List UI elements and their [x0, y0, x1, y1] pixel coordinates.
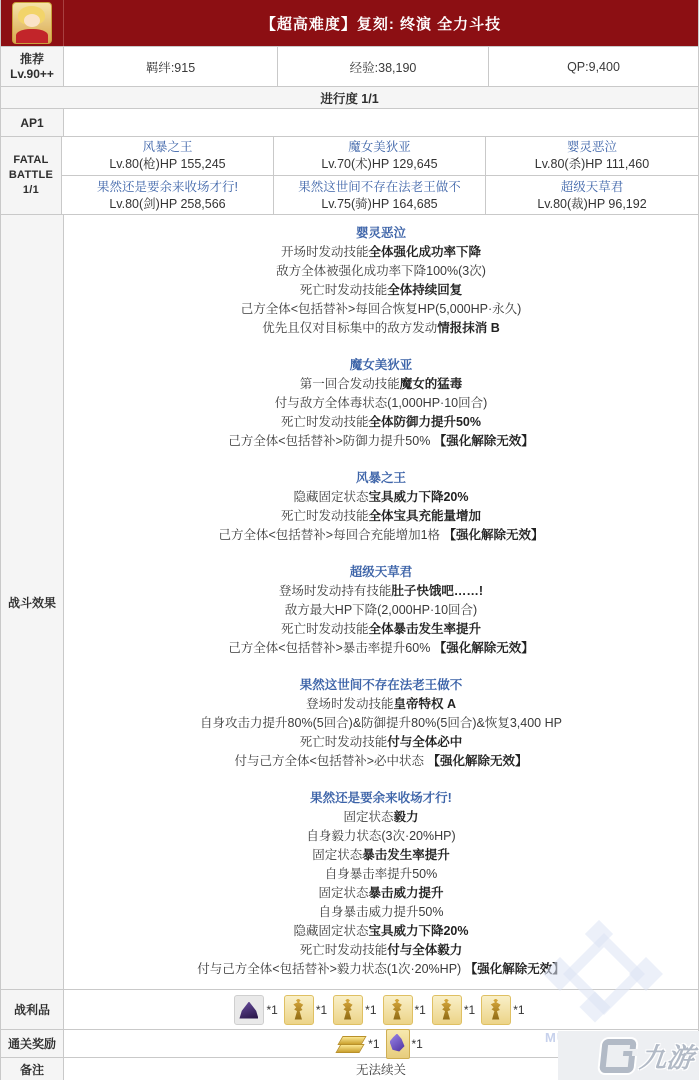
gold-statue-icon[interactable]: [481, 995, 511, 1025]
rewards-label: 通关奖励: [1, 1030, 64, 1057]
enemy-level-hp: Lv.70(术)HP 129,645: [321, 156, 437, 173]
effect-skill-name: 【强化解除无效】: [434, 434, 534, 448]
effect-text: 死亡时发动技能: [300, 283, 388, 297]
effect-text: 优先且仅对目标集中的敌方发动: [262, 321, 437, 335]
quest-title: 【超高难度】复刻: 终演 全力斗技: [64, 0, 698, 46]
effect-line: 固定状态毅力: [64, 808, 698, 827]
enemy-level-hp: Lv.80(裁)HP 96,192: [537, 196, 646, 213]
effect-skill-name: 【强化解除无效】: [465, 962, 565, 976]
effect-section: 魔女美狄亚第一回合发动技能魔女的猛毒付与敌方全体毒状态(1,000HP·10回合…: [64, 356, 698, 451]
effect-text: 死亡时发动技能: [300, 943, 388, 957]
effect-skill-name: 全体持续回复: [387, 283, 462, 297]
item-count: *1: [415, 1003, 426, 1017]
effect-line: 死亡时发动技能付与全体必中: [64, 733, 698, 752]
recommend-level-cell: 推荐 Lv.90++: [1, 47, 64, 86]
effect-line: 己方全体<包括替补>暴击率提升60% 【强化解除无效】: [64, 639, 698, 658]
effect-skill-name: 全体暴击发生率提升: [369, 622, 482, 636]
enemy-name-link[interactable]: 婴灵恶泣: [567, 139, 617, 156]
effect-line: 己方全体<包括替补>每回合充能增加1格 【强化解除无效】: [64, 526, 698, 545]
ap-label: AP1: [1, 109, 64, 136]
effect-skill-name: 宝具威力下降20%: [368, 924, 468, 938]
effect-skill-name: 暴击发生率提升: [362, 848, 450, 862]
loot-item: *1: [234, 995, 280, 1025]
effect-section: 婴灵恶泣开场时发动技能全体强化成功率下降敌方全体被强化成功率下降100%(3次)…: [64, 224, 698, 338]
effect-skill-name: 【强化解除无效】: [444, 528, 544, 542]
item-count: *1: [464, 1003, 475, 1017]
enemy-cell: 果然还是要余来收场才行!Lv.80(剑)HP 258,566: [62, 176, 274, 215]
effect-section: 果然这世间不存在法老王做不登场时发动技能皇帝特权 A自身攻击力提升80%(5回合…: [64, 676, 698, 771]
progress-label: 进行度 1/1: [1, 87, 698, 108]
effect-text: 隐藏固定状态: [293, 490, 368, 504]
item-count: *1: [316, 1003, 327, 1017]
effect-line: 付与己方全体<包括替补>毅力状态(1次·20%HP) 【强化解除无效】: [64, 960, 698, 979]
effect-text: 开场时发动技能: [281, 245, 369, 259]
effect-text: 己方全体<包括替补>防御力提升50%: [228, 434, 434, 448]
effect-line: 隐藏固定状态宝具威力下降20%: [64, 922, 698, 941]
portrait-face: [24, 14, 40, 27]
effect-section: 果然还是要余来收场才行!固定状态毅力自身毅力状态(3次·20%HP)固定状态暴击…: [64, 789, 698, 979]
loot-item: *1: [432, 995, 478, 1025]
portrait-dress: [16, 29, 48, 43]
gold-statue-icon[interactable]: [284, 995, 314, 1025]
effect-line: 隐藏固定状态宝具威力下降20%: [64, 488, 698, 507]
enemy-level-hp: Lv.80(剑)HP 258,566: [109, 196, 225, 213]
effect-skill-name: 情报抹消 B: [437, 321, 500, 335]
effect-text: 死亡时发动技能: [300, 735, 388, 749]
ap-row: AP1: [1, 109, 698, 137]
exp-value: 经验:38,190: [278, 47, 489, 86]
fatal-battle-label-line: BATTLE: [9, 168, 53, 183]
effect-text: 固定状态: [343, 810, 393, 824]
effect-text: 死亡时发动技能: [281, 509, 369, 523]
effect-skill-name: 肚子快饿吧……!: [391, 584, 483, 598]
gold-statue-icon[interactable]: [333, 995, 363, 1025]
enemy-cell: 魔女美狄亚Lv.70(术)HP 129,645: [274, 137, 486, 176]
effect-section-title-link[interactable]: 婴灵恶泣: [64, 224, 698, 243]
effect-line: 自身暴击率提升50%: [64, 865, 698, 884]
recommend-level: Lv.90++: [10, 67, 54, 82]
effect-line: 死亡时发动技能全体宝具充能量增加: [64, 507, 698, 526]
effect-line: 开场时发动技能全体强化成功率下降: [64, 243, 698, 262]
effect-section: 风暴之王隐藏固定状态宝具威力下降20%死亡时发动技能全体宝具充能量增加己方全体<…: [64, 469, 698, 545]
item-count: *1: [365, 1003, 376, 1017]
effect-skill-name: 【强化解除无效】: [434, 641, 534, 655]
effect-section: 超级天草君登场时发动持有技能肚子快饿吧……!敌方最大HP下降(2,000HP·1…: [64, 563, 698, 658]
loot-item: *1: [481, 995, 527, 1025]
qp-value: QP:9,400: [489, 47, 698, 86]
effect-skill-name: 付与全体必中: [387, 735, 462, 749]
summary-row: 推荐 Lv.90++ 羁绊:915 经验:38,190 QP:9,400: [1, 47, 698, 87]
servant-portrait-icon[interactable]: [12, 2, 52, 44]
enemy-level-hp: Lv.80(枪)HP 155,245: [109, 156, 225, 173]
effect-skill-name: 【强化解除无效】: [428, 754, 528, 768]
effect-line: 优先且仅对目标集中的敌方发动情报抹消 B: [64, 319, 698, 338]
effect-line: 登场时发动技能皇帝特权 A: [64, 695, 698, 714]
effect-skill-name: 宝具威力下降20%: [368, 490, 468, 504]
effects-label: 战斗效果: [1, 215, 64, 989]
effect-line: 己方全体<包括替补>防御力提升50% 【强化解除无效】: [64, 432, 698, 451]
effect-text: 第一回合发动技能: [300, 377, 400, 391]
purple-gem-icon[interactable]: [234, 995, 264, 1025]
effect-line: 自身毅力状态(3次·20%HP): [64, 827, 698, 846]
enemy-cell: 超级天草君Lv.80(裁)HP 96,192: [486, 176, 698, 215]
effect-line: 登场时发动持有技能肚子快饿吧……!: [64, 582, 698, 601]
effect-text: 敌方最大HP下降(2,000HP·10回合): [285, 603, 477, 617]
effect-text: 死亡时发动技能: [281, 622, 369, 636]
effect-line: 死亡时发动技能全体防御力提升50%: [64, 413, 698, 432]
loot-item: *1: [336, 1034, 382, 1054]
enemy-cell: 果然这世间不存在法老王做不Lv.75(骑)HP 164,685: [274, 176, 486, 215]
effect-text: 死亡时发动技能: [281, 415, 369, 429]
loot-item: *1: [386, 1029, 426, 1059]
effect-text: 己方全体<包括替补>暴击率提升60%: [228, 641, 434, 655]
item-count: *1: [513, 1003, 524, 1017]
fatal-battle-label-line: 1/1: [23, 183, 39, 198]
enemy-name-link[interactable]: 果然还是要余来收场才行!: [97, 179, 238, 196]
notes-label: 备注: [1, 1058, 64, 1080]
effect-section-title-link[interactable]: 超级天草君: [64, 563, 698, 582]
battle-row: FATALBATTLE1/1 风暴之王Lv.80(枪)HP 155,245魔女美…: [1, 137, 698, 215]
gold-statue-icon[interactable]: [383, 995, 413, 1025]
loot-item: *1: [284, 995, 330, 1025]
effect-text: 付与敌方全体毒状态(1,000HP·10回合): [275, 396, 488, 410]
drops-row: 战利品 *1*1*1*1*1*1: [1, 990, 698, 1030]
item-count: *1: [266, 1003, 277, 1017]
ap-empty-cell: [64, 109, 698, 136]
effect-skill-name: 全体宝具充能量增加: [369, 509, 482, 523]
enemy-name-link[interactable]: 超级天草君: [561, 179, 624, 196]
effect-skill-name: 全体强化成功率下降: [369, 245, 482, 259]
effect-line: 固定状态暴击发生率提升: [64, 846, 698, 865]
effect-line: 死亡时发动技能全体暴击发生率提升: [64, 620, 698, 639]
enemy-cell: 婴灵恶泣Lv.80(杀)HP 111,460: [486, 137, 698, 176]
effect-line: 付与敌方全体毒状态(1,000HP·10回合): [64, 394, 698, 413]
drops-label: 战利品: [1, 990, 64, 1029]
enemy-grid: 风暴之王Lv.80(枪)HP 155,245魔女美狄亚Lv.70(术)HP 12…: [62, 137, 698, 214]
effects-body: 婴灵恶泣开场时发动技能全体强化成功率下降敌方全体被强化成功率下降100%(3次)…: [64, 215, 698, 989]
effect-skill-name: 付与全体毅力: [387, 943, 462, 957]
effects-row: 战斗效果 婴灵恶泣开场时发动技能全体强化成功率下降敌方全体被强化成功率下降100…: [1, 215, 698, 990]
effect-line: 自身攻击力提升80%(5回合)&防御提升80%(5回合)&恢复3,400 HP: [64, 714, 698, 733]
effect-line: 第一回合发动技能魔女的猛毒: [64, 375, 698, 394]
effect-text: 固定状态: [318, 886, 368, 900]
site-logo-text: 九游: [638, 1036, 696, 1075]
effect-skill-name: 全体防御力提升50%: [368, 415, 481, 429]
effect-section-title-link[interactable]: 风暴之王: [64, 469, 698, 488]
effect-text: 己方全体<包括替补>每回合恢复HP(5,000HP·永久): [241, 302, 522, 316]
effect-text: 敌方全体被强化成功率下降100%(3次): [276, 264, 486, 278]
gold-statue-icon[interactable]: [432, 995, 462, 1025]
bond-value: 羁绊:915: [64, 47, 278, 86]
effect-line: 敌方最大HP下降(2,000HP·10回合): [64, 601, 698, 620]
quest-header-row: 【超高难度】复刻: 终演 全力斗技: [1, 0, 698, 47]
quest-info-page: 【超高难度】复刻: 终演 全力斗技 推荐 Lv.90++ 羁绊:915 经验:3…: [0, 0, 699, 1080]
fatal-battle-label-line: FATAL: [13, 153, 48, 168]
effect-line: 敌方全体被强化成功率下降100%(3次): [64, 262, 698, 281]
item-count: *1: [412, 1037, 423, 1051]
gold-bars-icon[interactable]: [336, 1034, 366, 1054]
effect-skill-name: 魔女的猛毒: [400, 377, 463, 391]
effect-text: 自身暴击威力提升50%: [318, 905, 443, 919]
effect-section-title-link[interactable]: 果然还是要余来收场才行!: [64, 789, 698, 808]
effect-skill-name: 毅力: [394, 810, 419, 824]
effect-text: 自身暴击率提升50%: [325, 867, 438, 881]
site-logo: 九游: [599, 1036, 696, 1075]
effect-text: 自身毅力状态(3次·20%HP): [306, 829, 455, 843]
recommend-label: 推荐: [20, 52, 44, 67]
loot-item: *1: [333, 995, 379, 1025]
effect-text: 付与己方全体<包括替补>必中状态: [234, 754, 427, 768]
enemy-name-link[interactable]: 魔女美狄亚: [348, 139, 411, 156]
drops-items: *1*1*1*1*1*1: [64, 990, 698, 1029]
progress-row: 进行度 1/1: [1, 87, 698, 109]
effect-skill-name: 暴击威力提升: [369, 886, 444, 900]
effect-text: 登场时发动技能: [306, 697, 394, 711]
effect-text: 固定状态: [312, 848, 362, 862]
effect-line: 死亡时发动技能付与全体毅力: [64, 941, 698, 960]
item-count: *1: [368, 1037, 379, 1051]
effect-text: 登场时发动持有技能: [279, 584, 392, 598]
enemy-name-link[interactable]: 风暴之王: [142, 139, 192, 156]
quest-table: 【超高难度】复刻: 终演 全力斗技 推荐 Lv.90++ 羁绊:915 经验:3…: [0, 0, 699, 1080]
enemy-cell: 风暴之王Lv.80(枪)HP 155,245: [62, 137, 274, 176]
effect-line: 固定状态暴击威力提升: [64, 884, 698, 903]
site-logo-g-icon: [599, 1039, 637, 1073]
effect-skill-name: 皇帝特权 A: [394, 697, 457, 711]
effect-section-title-link[interactable]: 魔女美狄亚: [64, 356, 698, 375]
quest-icon-cell: [1, 0, 64, 46]
crystal-card-icon[interactable]: [386, 1029, 410, 1059]
effect-text: 隐藏固定状态: [293, 924, 368, 938]
enemy-name-link[interactable]: 果然这世间不存在法老王做不: [298, 179, 461, 196]
effect-text: 己方全体<包括替补>每回合充能增加1格: [218, 528, 443, 542]
enemy-level-hp: Lv.80(杀)HP 111,460: [535, 156, 649, 173]
effect-line: 自身暴击威力提升50%: [64, 903, 698, 922]
enemy-level-hp: Lv.75(骑)HP 164,685: [321, 196, 437, 213]
fatal-battle-label: FATALBATTLE1/1: [1, 137, 62, 214]
loot-item: *1: [383, 995, 429, 1025]
effect-section-title-link[interactable]: 果然这世间不存在法老王做不: [64, 676, 698, 695]
effect-text: 付与己方全体<包括替补>毅力状态(1次·20%HP): [197, 962, 464, 976]
effect-line: 死亡时发动技能全体持续回复: [64, 281, 698, 300]
effect-text: 自身攻击力提升80%(5回合)&防御提升80%(5回合)&恢复3,400 HP: [200, 716, 562, 730]
effect-line: 付与己方全体<包括替补>必中状态 【强化解除无效】: [64, 752, 698, 771]
effect-line: 己方全体<包括替补>每回合恢复HP(5,000HP·永久): [64, 300, 698, 319]
